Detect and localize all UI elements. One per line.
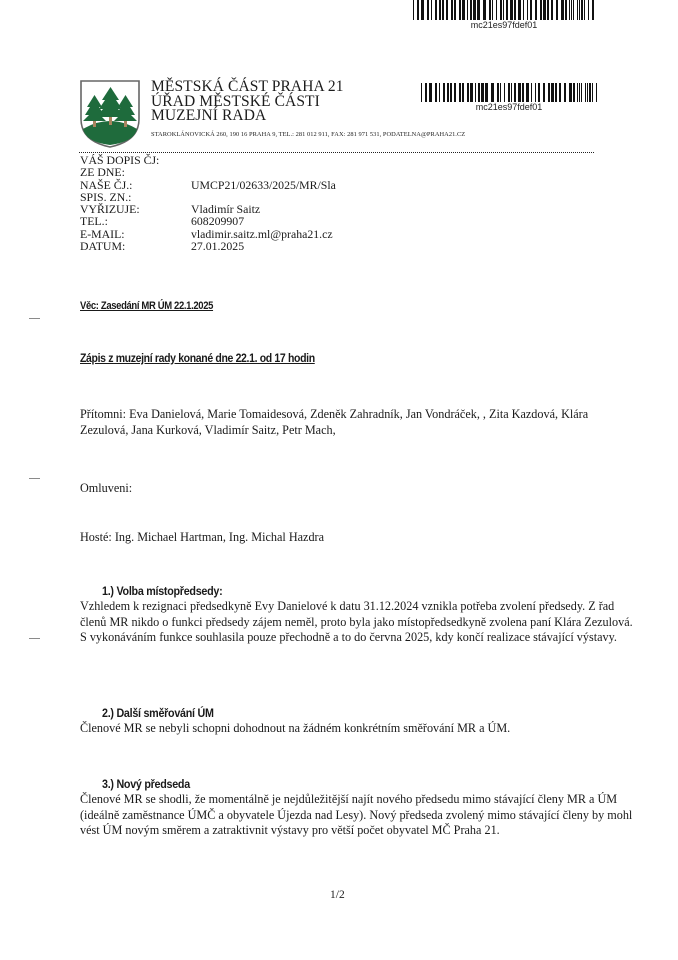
guests: Hosté: Ing. Michael Hartman, Ing. Michal… <box>80 530 324 546</box>
barcode-label: mc21es97fdef01 <box>413 20 595 30</box>
reference-label: TEL.: <box>80 215 191 227</box>
reference-row: DATUM:27.01.2025 <box>80 240 336 252</box>
section-text: Vzhledem k rezignaci předsedkyně Evy Dan… <box>80 599 640 646</box>
coat-of-arms-logo-icon <box>79 79 141 149</box>
fold-mark <box>29 318 40 319</box>
reference-label: ZE DNE: <box>80 166 191 178</box>
barcode-label: mc21es97fdef01 <box>421 102 597 112</box>
section-vice-chair-election: 1.) Volba místopředsedy: Vzhledem k rezi… <box>80 584 640 646</box>
section-title: 2.) Další směřování ÚM <box>102 706 575 721</box>
organization-header: MĚSTSKÁ ČÁST PRAHA 21 ÚŘAD MĚSTSKÉ ČÁSTI… <box>151 80 344 124</box>
section-new-chair: 3.) Nový předseda Členové MR se shodli, … <box>80 777 640 839</box>
org-address: STAROKLÁNOVICKÁ 260, 190 16 PRAHA 9, TEL… <box>151 131 465 138</box>
reference-value: UMCP21/02633/2025/MR/Sla <box>191 179 336 191</box>
fold-mark <box>29 478 40 479</box>
section-future-direction: 2.) Další směřování ÚM Členové MR se neb… <box>80 706 640 737</box>
reference-block: VÁŠ DOPIS ČJ:ZE DNE:NAŠE ČJ.:UMCP21/0263… <box>80 154 336 252</box>
reference-row: TEL.:608209907 <box>80 215 336 227</box>
subject-line: Věc: Zasedání MR ÚM 22.1.2025 <box>80 300 213 312</box>
section-title: 3.) Nový předseda <box>102 777 575 792</box>
header-barcode: mc21es97fdef01 <box>421 83 597 112</box>
top-barcode: mc21es97fdef01 <box>413 0 595 30</box>
minutes-title: Zápis z muzejní rady konané dne 22.1. od… <box>80 351 315 365</box>
barcode-bars <box>413 0 595 20</box>
fold-mark <box>29 638 40 639</box>
section-text: Členové MR se shodli, že momentálně je n… <box>80 792 640 839</box>
reference-row: ZE DNE: <box>80 166 336 178</box>
page-number: 1/2 <box>330 889 345 901</box>
org-line-3: MUZEJNÍ RADA <box>151 109 344 124</box>
reference-label: DATUM: <box>80 240 191 252</box>
section-text: Členové MR se nebyli schopni dohodnout n… <box>80 721 640 737</box>
section-title: 1.) Volba místopředsedy: <box>102 584 575 599</box>
barcode-bars <box>421 83 597 102</box>
reference-value: 608209907 <box>191 215 244 227</box>
attendees: Přítomni: Eva Danielová, Marie Tomaideso… <box>80 407 600 438</box>
excused: Omluveni: <box>80 481 132 497</box>
reference-value: 27.01.2025 <box>191 240 244 252</box>
